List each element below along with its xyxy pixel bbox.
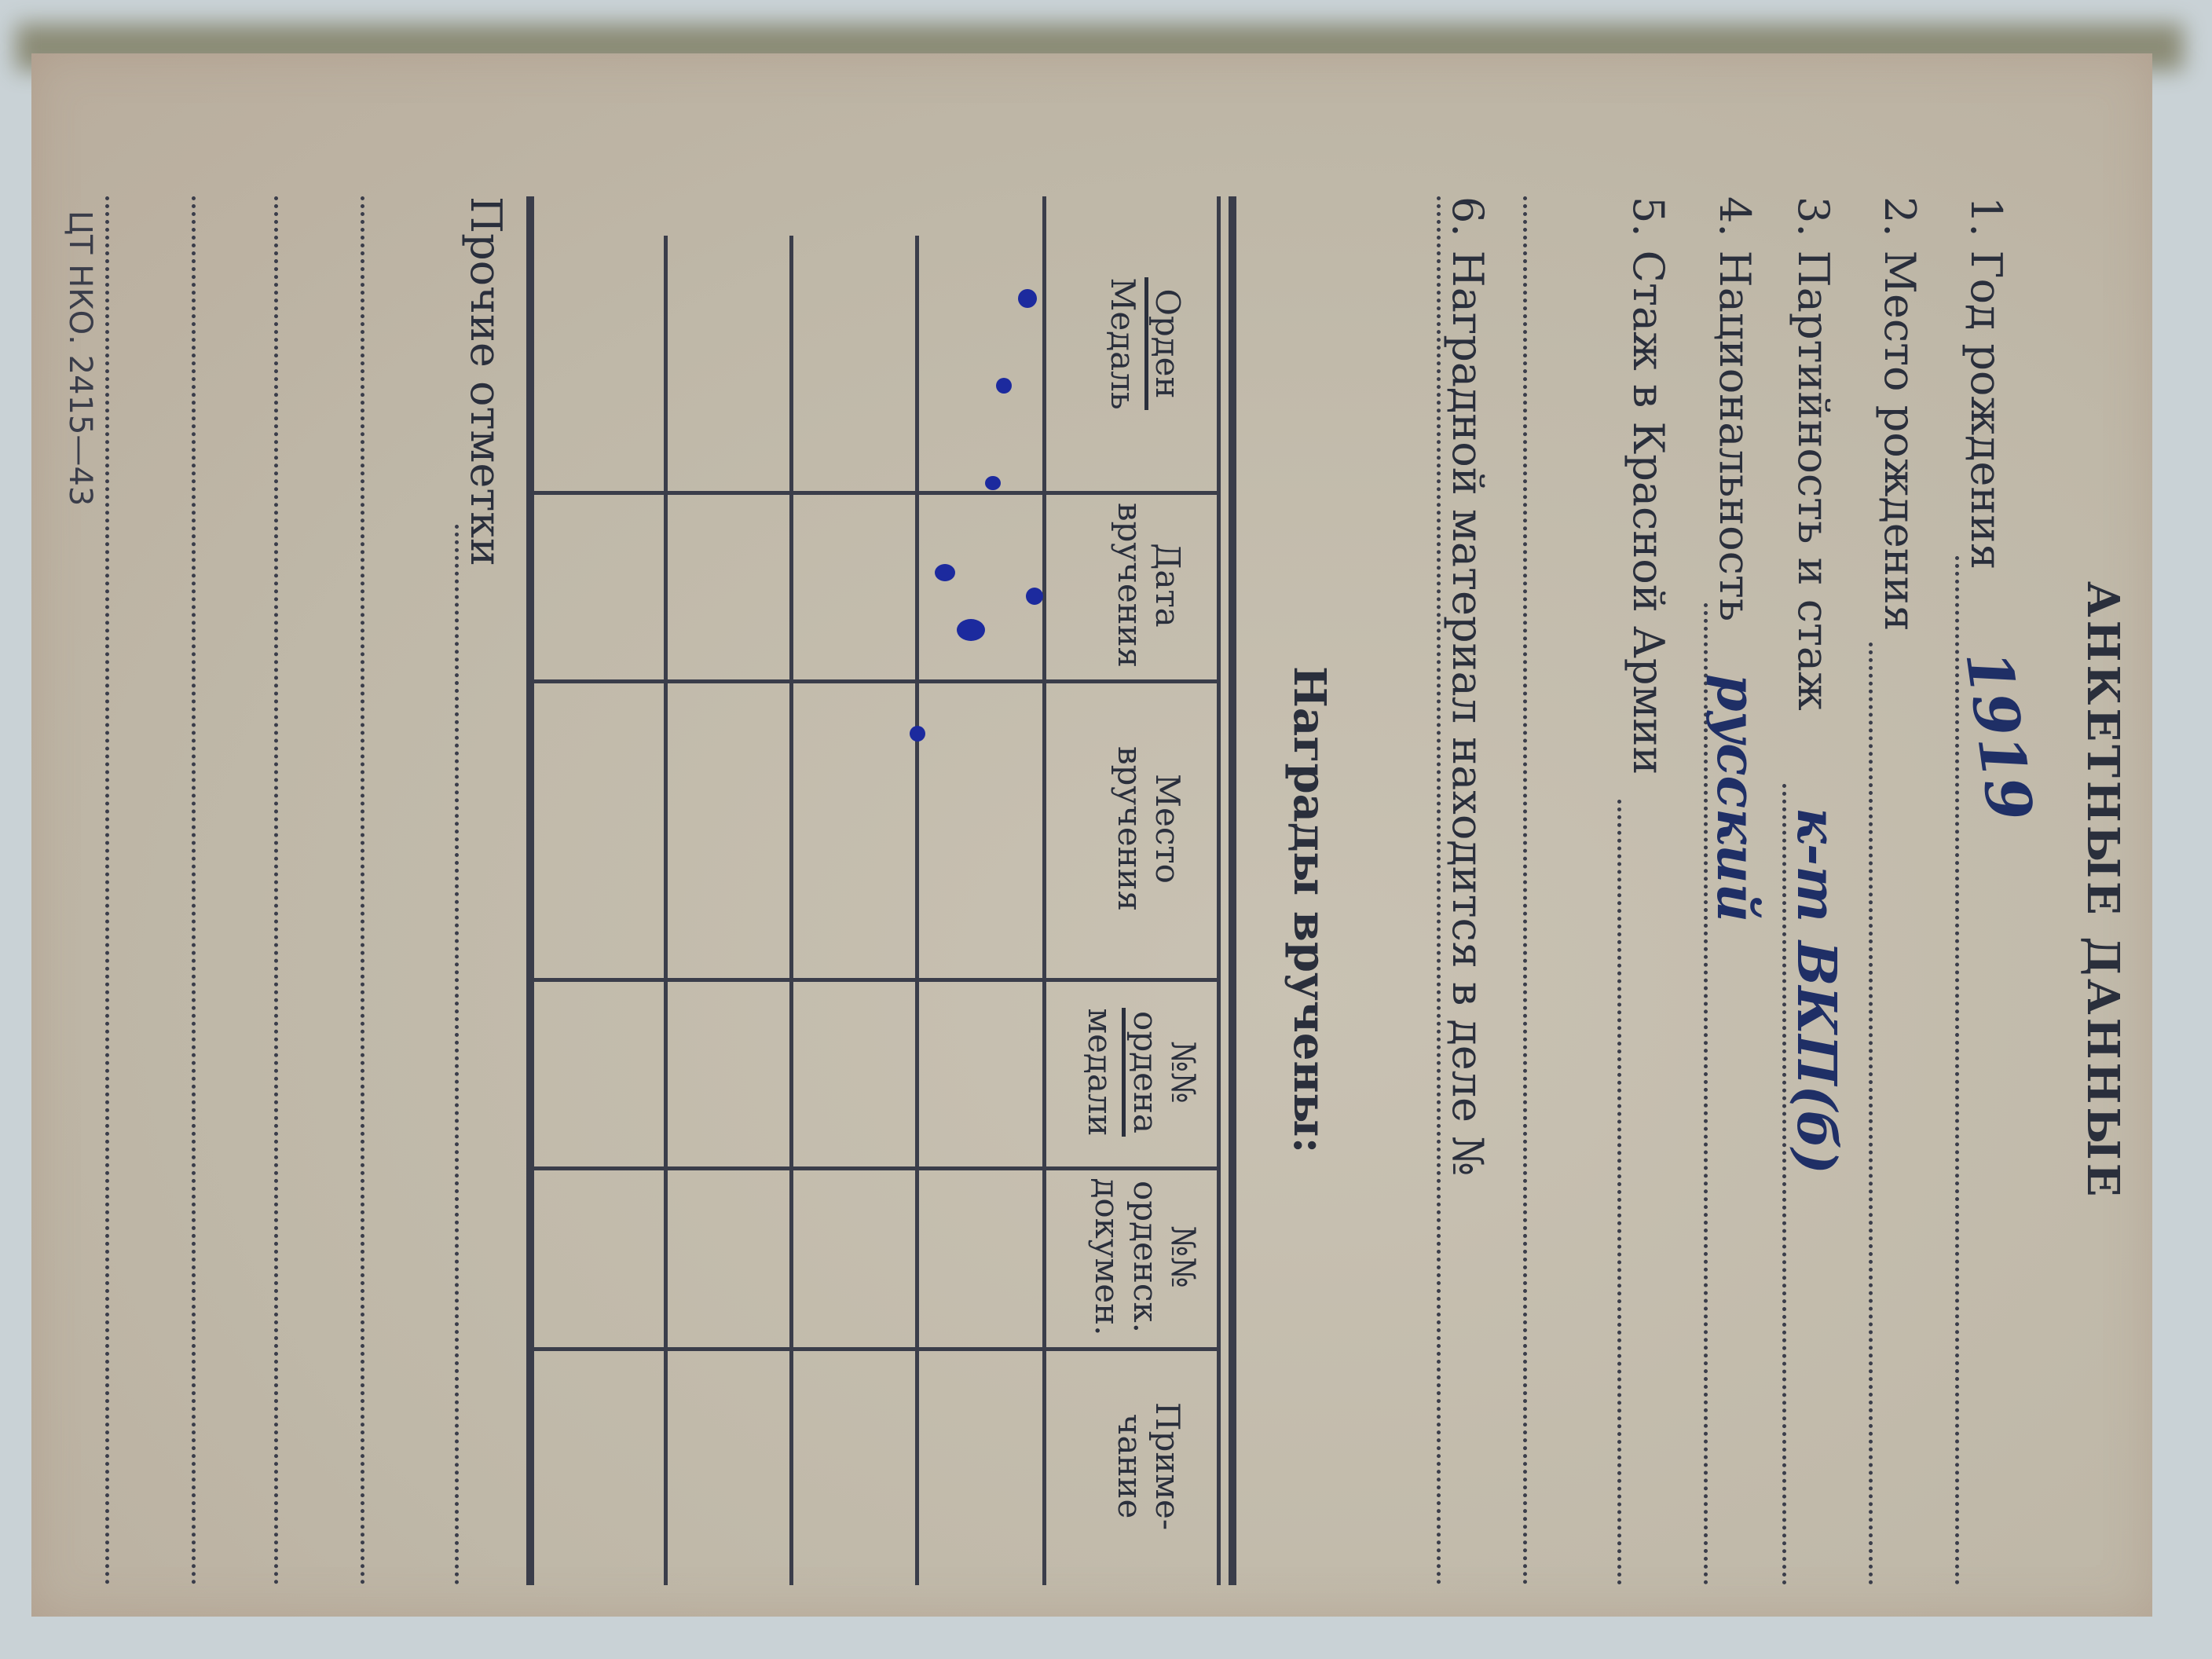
field-birth-place-line [1869,643,1873,1585]
col-header-document-number: №№ орденск. докумен. [1088,1166,1202,1347]
other-marks-line [192,196,196,1585]
other-marks-line [105,196,109,1585]
table-bottom-border [526,196,534,1585]
table-top-border-inner [1217,196,1221,1585]
ink-blot [1026,588,1043,605]
blank-line [1523,196,1527,1585]
col-header-place: Место вручения [1110,679,1186,978]
form-paper: АНКЕТНЫЕ ДАННЫЕ 1. Год рождения 1919 2. … [31,53,2152,1617]
rotated-form: АНКЕТНЫЕ ДАННЫЕ 1. Год рождения 1919 2. … [0,0,2212,1659]
footer-print-code: ЦТ НКО. 2415—43 [62,211,98,506]
ink-blot [996,378,1012,394]
ink-blot [1018,289,1037,308]
other-marks-label: Прочие отметки [461,196,511,566]
table-header-bottom [1042,196,1046,1585]
field-birth-place-label: 2. Место рождения [1875,196,1925,632]
field-army-service-label: 5. Стаж в Красной Армии [1624,196,1673,775]
other-marks-line [274,196,278,1585]
awards-title: Награды вручены: [1284,666,1335,1153]
field-party-value: к-т ВКП(б) [1785,808,1848,1174]
field-nationality-value: русский [1705,674,1767,922]
field-nationality-label: 4. Национальность [1710,196,1760,621]
other-marks-line [455,525,459,1585]
other-marks-line [361,196,364,1585]
col-header-order-medal: Орден Медаль [1103,196,1186,491]
col-header-note: Приме- чание [1110,1347,1186,1585]
field-army-service-line [1617,800,1621,1585]
field-award-file-label: 6. Наградной материал находится в деле № [1443,196,1492,1176]
ink-blot [985,476,1001,490]
col-header-order-number: №№ ордена медали [1081,978,1202,1166]
ink-blot [957,619,985,641]
ink-blot [935,564,955,581]
field-party-label: 3. Партийность и стаж [1789,196,1838,711]
col-header-date: Дата вручения [1110,491,1186,679]
table-top-border [1229,196,1236,1585]
field-award-file-line [1437,196,1441,1585]
table-row-line [664,236,668,1585]
table-row-line [915,236,919,1585]
ink-blot [910,726,925,742]
form-title: АНКЕТНЫЕ ДАННЫЕ [2077,581,2129,1199]
table-row-line [789,236,793,1585]
field-birth-year-value: 1919 [1951,646,2045,826]
field-birth-year-label: 1. Год рождения [1961,196,2011,569]
